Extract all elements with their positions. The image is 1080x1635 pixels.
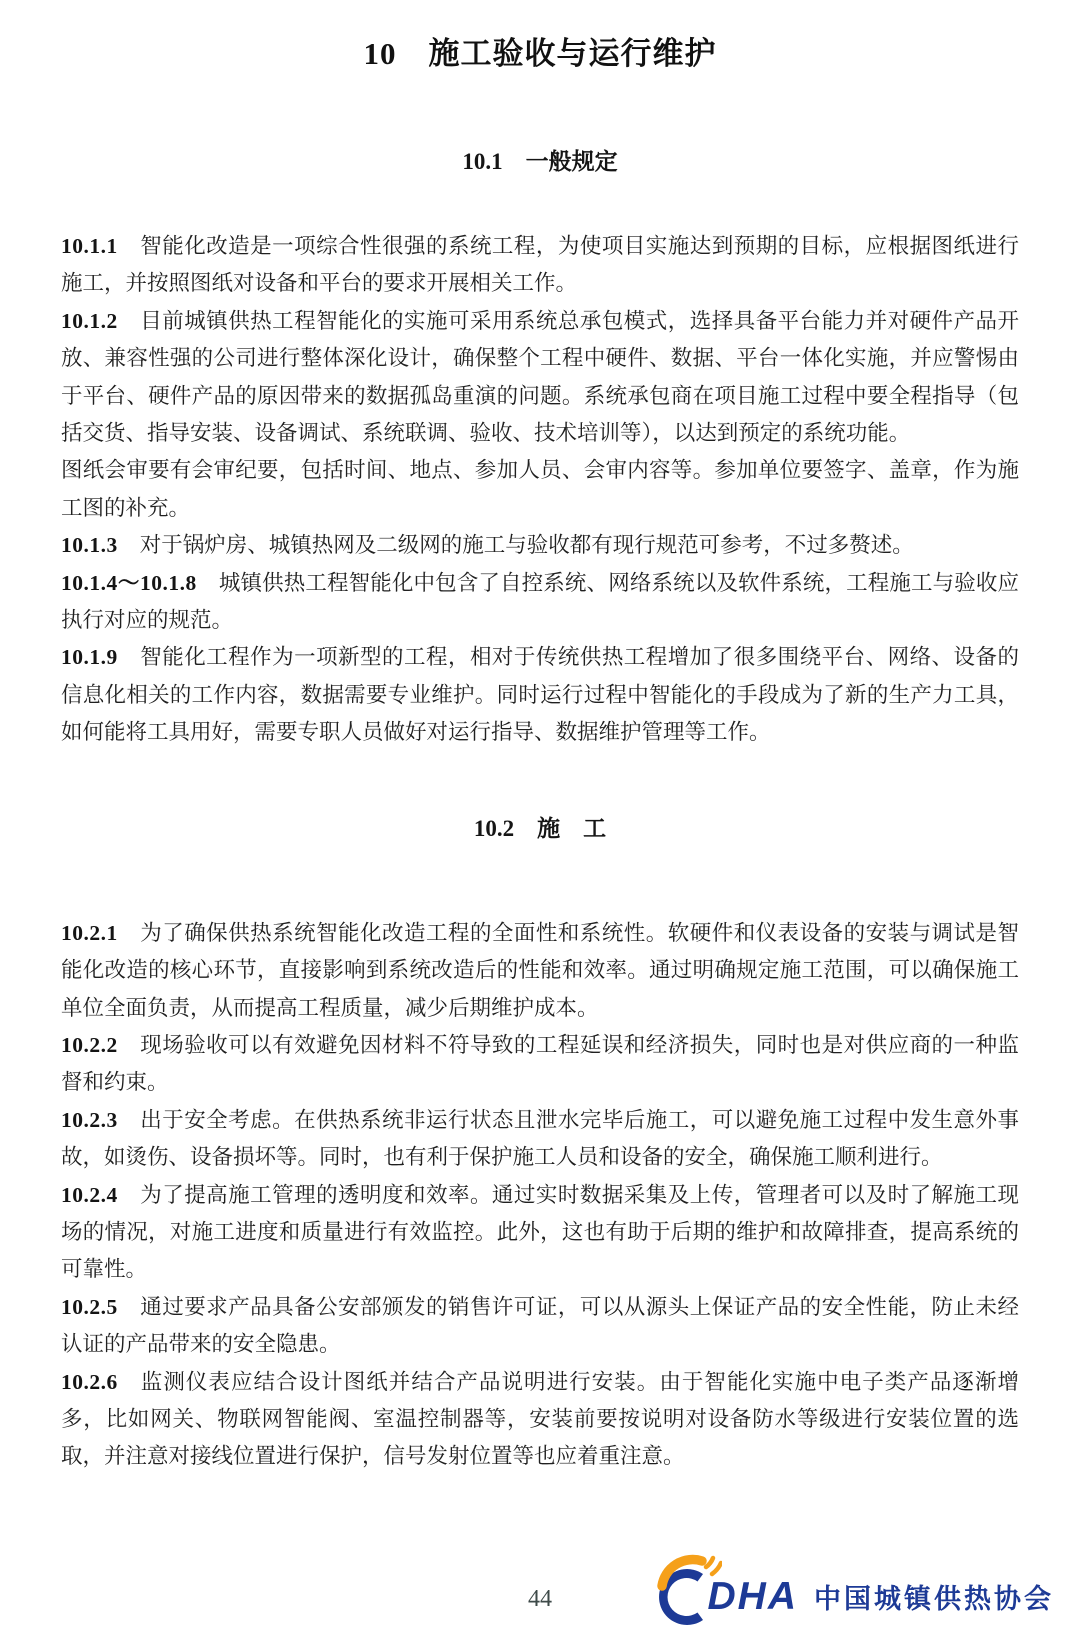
clause-number: 10.1.9 bbox=[61, 645, 118, 669]
clause-number: 10.1.2 bbox=[61, 309, 118, 333]
clause-10-2-1: 10.2.1为了确保供热系统智能化改造工程的全面性和系统性。软硬件和仪表设备的安… bbox=[61, 915, 1019, 1027]
chapter-title: 10 施工验收与运行维护 bbox=[61, 0, 1019, 73]
section-10-1-body: 10.1.1智能化改造是一项综合性很强的系统工程，为使项目实施达到预期的目标，应… bbox=[61, 228, 1019, 752]
clause-text: 智能化改造是一项综合性很强的系统工程，为使项目实施达到预期的目标，应根据图纸进行… bbox=[61, 234, 1019, 295]
section-10-2-body: 10.2.1为了确保供热系统智能化改造工程的全面性和系统性。软硬件和仪表设备的安… bbox=[61, 915, 1019, 1476]
clause-10-1-2: 10.1.2目前城镇供热工程智能化的实施可采用系统总承包模式，选择具备平台能力并… bbox=[61, 303, 1019, 453]
clause-text: 对于锅炉房、城镇热网及二级网的施工与验收都有现行规范可参考，不过多赘述。 bbox=[140, 533, 914, 557]
clause-text: 城镇供热工程智能化中包含了自控系统、网络系统以及软件系统，工程施工与验收应执行对… bbox=[61, 571, 1019, 632]
section-heading-10-1: 10.1 一般规定 bbox=[61, 143, 1019, 176]
clause-10-1-3: 10.1.3对于锅炉房、城镇热网及二级网的施工与验收都有现行规范可参考，不过多赘… bbox=[61, 527, 1019, 564]
clause-text: 智能化工程作为一项新型的工程，相对于传统供热工程增加了很多围绕平台、网络、设备的… bbox=[61, 645, 1019, 744]
clause-text: 出于安全考虑。在供热系统非运行状态且泄水完毕后施工，可以避免施工过程中发生意外事… bbox=[61, 1108, 1019, 1169]
clause-number: 10.2.5 bbox=[61, 1295, 118, 1319]
association-logo: DHA 中国城镇供热协会 bbox=[656, 1552, 1055, 1628]
clause-number: 10.2.6 bbox=[61, 1370, 118, 1394]
clause-10-2-3: 10.2.3出于安全考虑。在供热系统非运行状态且泄水完毕后施工，可以避免施工过程… bbox=[61, 1102, 1019, 1177]
logo-association-name: 中国城镇供热协会 bbox=[814, 1577, 1054, 1616]
clause-10-1-1: 10.1.1智能化改造是一项综合性很强的系统工程，为使项目实施达到预期的目标，应… bbox=[61, 228, 1019, 303]
clause-10-2-2: 10.2.2现场验收可以有效避免因材料不符导致的工程延误和经济损失，同时也是对供… bbox=[61, 1027, 1019, 1102]
clause-10-1-9: 10.1.9智能化工程作为一项新型的工程，相对于传统供热工程增加了很多围绕平台、… bbox=[61, 639, 1019, 751]
clause-number: 10.1.4～10.1.8 bbox=[61, 571, 197, 595]
clause-text: 监测仪表应结合设计图纸并结合产品说明进行安装。由于智能化实施中电子类产品逐渐增多… bbox=[61, 1370, 1019, 1469]
clause-note: 图纸会审要有会审纪要，包括时间、地点、参加人员、会审内容等。参加单位要签字、盖章… bbox=[61, 452, 1019, 527]
clause-10-1-4-to-10-1-8: 10.1.4～10.1.8城镇供热工程智能化中包含了自控系统、网络系统以及软件系… bbox=[61, 565, 1019, 640]
clause-number: 10.1.1 bbox=[61, 234, 118, 258]
clause-number: 10.2.1 bbox=[61, 921, 118, 945]
section-heading-10-2: 10.2 施 工 bbox=[61, 810, 1019, 843]
clause-text: 图纸会审要有会审纪要，包括时间、地点、参加人员、会审内容等。参加单位要签字、盖章… bbox=[61, 458, 1019, 519]
document-page: 10 施工验收与运行维护 10.1 一般规定 10.1.1智能化改造是一项综合性… bbox=[0, 0, 1080, 1476]
logo-acronym: DHA bbox=[708, 1575, 799, 1619]
clause-number: 10.1.3 bbox=[61, 533, 118, 557]
clause-text: 为了提高施工管理的透明度和效率。通过实时数据采集及上传，管理者可以及时了解施工现… bbox=[61, 1183, 1019, 1282]
clause-10-2-5: 10.2.5通过要求产品具备公安部颁发的销售许可证，可以从源头上保证产品的安全性… bbox=[61, 1289, 1019, 1364]
clause-10-2-4: 10.2.4为了提高施工管理的透明度和效率。通过实时数据采集及上传，管理者可以及… bbox=[61, 1177, 1019, 1289]
clause-10-2-6: 10.2.6监测仪表应结合设计图纸并结合产品说明进行安装。由于智能化实施中电子类… bbox=[61, 1364, 1019, 1476]
clause-text: 目前城镇供热工程智能化的实施可采用系统总承包模式，选择具备平台能力并对硬件产品开… bbox=[61, 309, 1019, 445]
clause-text: 通过要求产品具备公安部颁发的销售许可证，可以从源头上保证产品的安全性能，防止未经… bbox=[61, 1295, 1019, 1356]
clause-text: 为了确保供热系统智能化改造工程的全面性和系统性。软硬件和仪表设备的安装与调试是智… bbox=[61, 921, 1019, 1020]
clause-number: 10.2.2 bbox=[61, 1033, 118, 1057]
clause-number: 10.2.4 bbox=[61, 1183, 118, 1207]
clause-text: 现场验收可以有效避免因材料不符导致的工程延误和经济损失，同时也是对供应商的一种监… bbox=[61, 1033, 1019, 1094]
clause-number: 10.2.3 bbox=[61, 1108, 118, 1132]
